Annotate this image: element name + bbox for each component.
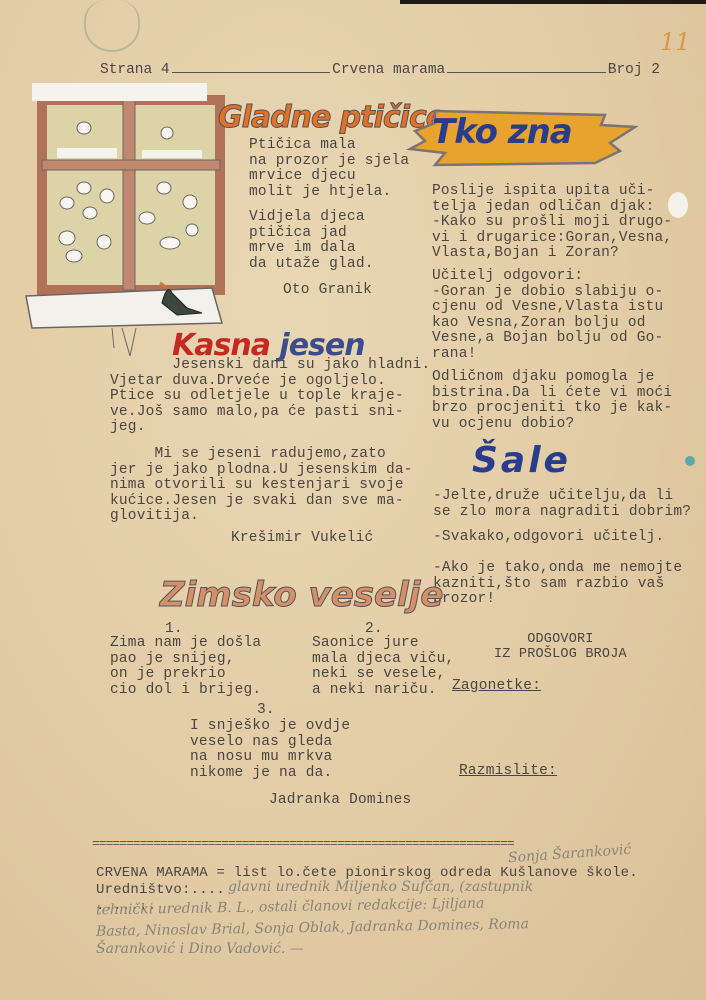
page-header: Strana 4 Crvena marama Broj 2 — [100, 62, 660, 78]
ink-stain — [84, 0, 140, 52]
riddle-intro: Poslije ispita upita uči- telja jedan od… — [432, 184, 672, 262]
article-author: Krešimir Vukelić — [231, 531, 373, 547]
newspaper-page: 11 Strana 4 Crvena marama Broj 2 Gladn — [0, 0, 706, 1000]
poem-stanza: Ptičica mala na prozor je sjela mrvice d… — [249, 138, 409, 200]
header-rule — [172, 72, 331, 73]
joke-line: -Svakako,odgovori učitelj. — [433, 530, 664, 546]
answers-heading: ODGOVORI IZ PROŠLOG BROJA — [494, 632, 627, 662]
poem-stanza: Saonice jure mala djeca viču, neki se ve… — [312, 636, 454, 698]
window-illustration-icon — [22, 78, 238, 368]
riddle-question: Odličnom djaku pomogla je bistrina.Da li… — [432, 370, 672, 432]
page-mark: 11 — [660, 28, 691, 56]
page-number: Strana 4 — [100, 62, 170, 78]
riddle-answer: Učitelj odgovori: -Goran je dobio slabij… — [432, 269, 663, 362]
handwritten-line: Basta, Ninoslav Brial, Sonja Oblak, Jadr… — [96, 916, 529, 940]
handwritten-line: Šaranković i Dino Vadović. — — [96, 941, 304, 957]
issue-number: Broj 2 — [608, 62, 660, 78]
article-paragraph: Mi se jeseni radujemo,zato jer je jako p… — [110, 447, 413, 525]
poem-author: Jadranka Domines — [269, 793, 411, 809]
poem-title-zimsko-veselje: Zimsko veselje — [160, 575, 443, 615]
paint-spot — [668, 192, 688, 218]
poem-stanza: I snješko je ovdje veselo nas gleda na n… — [190, 719, 350, 781]
stanza-number: 3. — [257, 703, 275, 719]
section-title-tko-zna: Tko zna — [432, 112, 572, 152]
publication-title: Crvena marama — [332, 62, 445, 78]
paint-spot — [685, 456, 695, 466]
scan-edge — [400, 0, 706, 4]
article-paragraph: Jesenski dani su jako hladni. Vjetar duv… — [110, 358, 430, 436]
section-title-sale: Šale — [472, 440, 571, 481]
joke-line: -Jelte,druže učitelju,da li se zlo mora … — [433, 489, 691, 520]
poem-stanza: Zima nam je došla pao je snijeg, on je p… — [110, 636, 261, 698]
poem-stanza: Vidjela djeca ptičica jad mrve im dala d… — [249, 210, 374, 272]
poem-author: Oto Granik — [283, 283, 372, 299]
editorial-label: Uredništvo:.... — [96, 883, 225, 899]
riddles-label: Zagonetke: — [452, 679, 541, 695]
handwritten-line: glavni urednik Miljenko Sufčan, (zastupn… — [228, 879, 533, 895]
think-label: Razmislite: — [459, 764, 557, 780]
header-rule — [447, 72, 606, 73]
joke-line: -Ako je tako,onda me nemojte kazniti,što… — [433, 561, 682, 608]
